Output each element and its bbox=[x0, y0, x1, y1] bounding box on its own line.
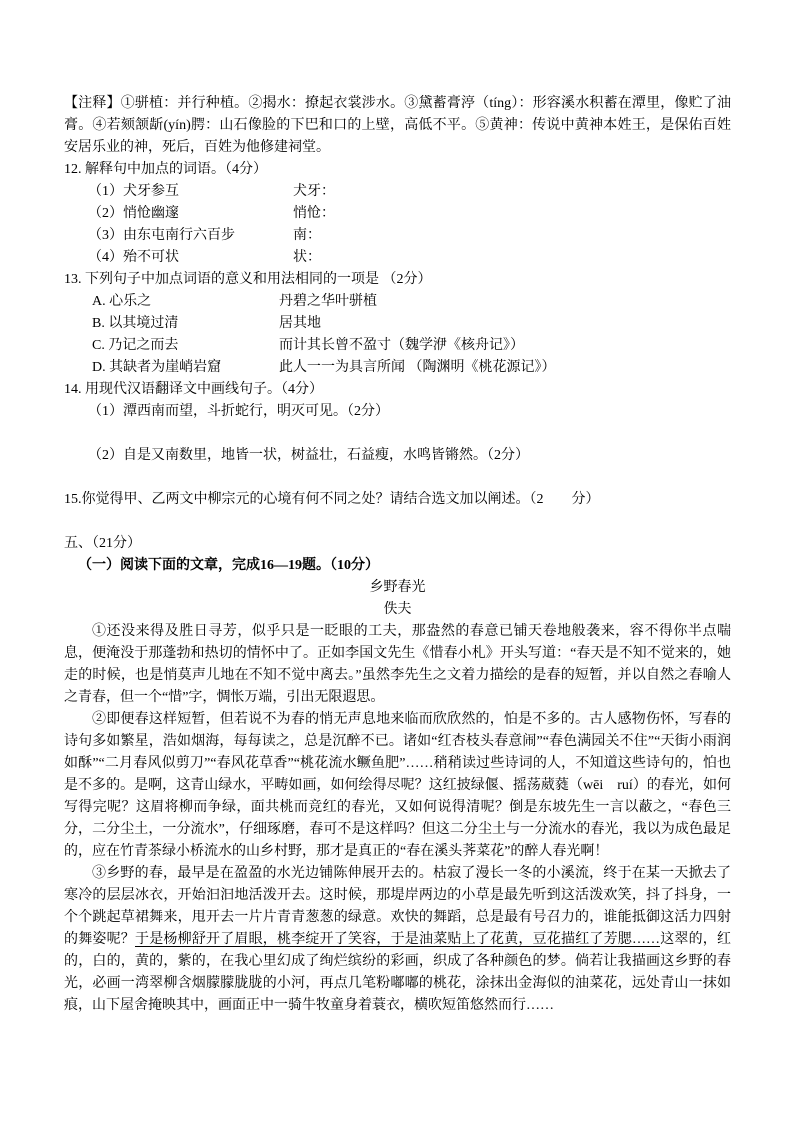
q13-option-c: C. 乃记之而去 而计其长曾不盈寸（魏学洢《核舟记》） bbox=[64, 335, 731, 357]
notes-paragraph: 【注释】①骈植：并行种植。②揭水：撩起衣裳涉水。③黛蓄膏渟（tíng）：形容溪水… bbox=[64, 93, 731, 159]
q12-item-2: （2）悄怆幽邃 悄怆： bbox=[64, 203, 731, 225]
essay-author: 佚夫 bbox=[64, 599, 731, 621]
essay-paragraph-2: ②即便春这样短暂，但若说不为春的悄无声息地来临而欣欣然的，怕是不多的。古人感物伤… bbox=[64, 709, 731, 863]
q12-item-1-answer-label: 犬牙： bbox=[293, 181, 335, 203]
q12-item-1: （1）犬牙参互 犬牙： bbox=[64, 181, 731, 203]
q12-item-3-phrase: （3）由东屯南行六百步 bbox=[88, 225, 293, 247]
q13-option-d-left: D. 其缺者为崖峭岩窟 bbox=[92, 357, 279, 379]
q13-option-b-left: B. 以其境过清 bbox=[92, 313, 279, 335]
q13-option-d-right: 此人一一为具言所闻 （陶渊明《桃花源记》） bbox=[279, 357, 556, 379]
q12-item-3: （3）由东屯南行六百步 南： bbox=[64, 225, 731, 247]
question-14-title: 14. 用现代汉语翻译文中画线句子。（4分） bbox=[64, 379, 731, 401]
essay-paragraph-3: ③乡野的春，最早是在盈盈的水光边铺陈伸展开去的。枯寂了漫长一冬的小溪流，终于在某… bbox=[64, 863, 731, 1017]
q12-item-4: （4）殆不可状 状： bbox=[64, 247, 731, 269]
q12-item-1-phrase: （1）犬牙参互 bbox=[88, 181, 293, 203]
question-13-title: 13. 下列句子中加点词语的意义和用法相同的一项是 （2分） bbox=[64, 269, 731, 291]
question-15-title: 15.你觉得甲、乙两文中柳宗元的心境有何不同之处？请结合选文加以阐述。（2 分） bbox=[64, 489, 731, 511]
q13-option-c-right: 而计其长曾不盈寸（魏学洢《核舟记》） bbox=[279, 335, 524, 357]
q13-option-b: B. 以其境过清 居其地 bbox=[64, 313, 731, 335]
exam-paper-page: 【注释】①骈植：并行种植。②揭水：撩起衣裳涉水。③黛蓄膏渟（tíng）：形容溪水… bbox=[0, 0, 794, 1123]
q12-item-3-answer-label: 南： bbox=[293, 225, 321, 247]
essay-paragraph-3-underlined-sentence: 于是杨柳舒开了眉眼，桃李绽开了笑容，于是油菜贴上了花黄，豆花描红了芳腮…… bbox=[135, 932, 660, 947]
section-5-heading: 五、（21分） bbox=[64, 533, 731, 555]
q12-item-2-answer-label: 悄怆： bbox=[293, 203, 335, 225]
q13-option-a: A. 心乐之 丹碧之华叶骈植 bbox=[64, 291, 731, 313]
question-12-title: 12. 解释句中加点的词语。（4分） bbox=[64, 159, 731, 181]
q13-option-c-left: C. 乃记之而去 bbox=[92, 335, 279, 357]
q14-sub-2: （2）自是又南数里，地皆一状，树益壮，石益瘦，水鸣皆锵然。（2分） bbox=[64, 445, 731, 467]
answer-space bbox=[64, 511, 731, 533]
q12-item-2-phrase: （2）悄怆幽邃 bbox=[88, 203, 293, 225]
q12-item-4-answer-label: 状： bbox=[293, 247, 321, 269]
q13-option-a-right: 丹碧之华叶骈植 bbox=[279, 291, 377, 313]
answer-space bbox=[64, 423, 731, 445]
q13-option-d: D. 其缺者为崖峭岩窟 此人一一为具言所闻 （陶渊明《桃花源记》） bbox=[64, 357, 731, 379]
essay-paragraph-1: ①还没来得及胜日寻芳，似乎只是一眨眼的工夫，那盎然的春意已铺天卷地般袭来，容不得… bbox=[64, 621, 731, 709]
section-5-subheading: （一）阅读下面的文章，完成16—19题。（10分） bbox=[64, 555, 731, 577]
q12-item-4-phrase: （4）殆不可状 bbox=[88, 247, 293, 269]
essay-title: 乡野春光 bbox=[64, 577, 731, 599]
q13-option-a-left: A. 心乐之 bbox=[92, 291, 279, 313]
q13-option-b-right: 居其地 bbox=[279, 313, 321, 335]
answer-space bbox=[64, 467, 731, 489]
q14-sub-1: （1）潭西南而望，斗折蛇行，明灭可见。（2分） bbox=[64, 401, 731, 423]
